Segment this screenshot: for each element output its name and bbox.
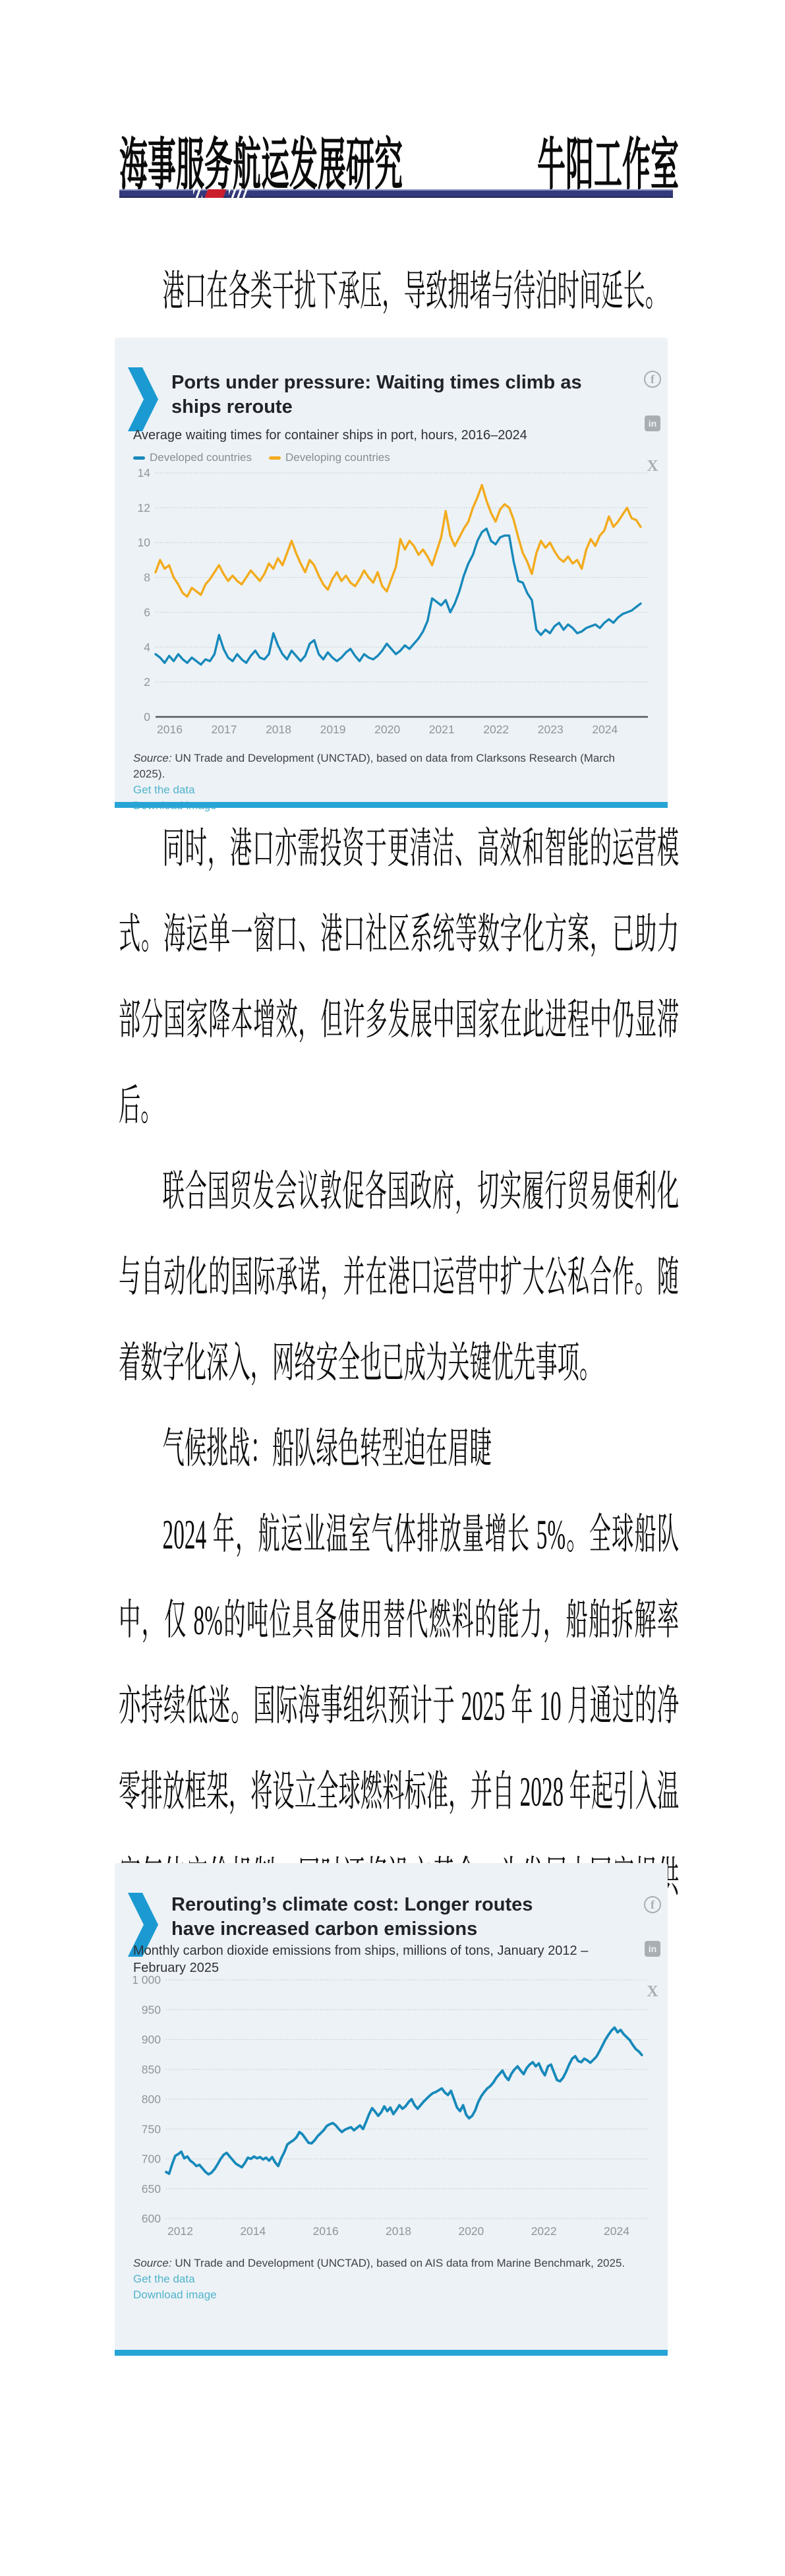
svg-text:2018: 2018: [266, 723, 291, 736]
body-paragraphs-block: 同时，港口亦需投资于更清洁、高效和智能的运营模式。海运单一窗口、港口社区系统等数…: [119, 806, 679, 2006]
get-the-data-link[interactable]: Get the data: [133, 782, 641, 798]
svg-text:2020: 2020: [458, 2224, 484, 2238]
svg-text:600: 600: [142, 2212, 161, 2225]
svg-text:8: 8: [144, 571, 150, 584]
svg-text:800: 800: [142, 2093, 161, 2106]
svg-text:2017: 2017: [212, 723, 237, 736]
source-label: Source:: [133, 2257, 172, 2269]
svg-text:2018: 2018: [386, 2224, 411, 2238]
doc-title-left: 海事服务航运发展研究: [119, 132, 403, 198]
intro-paragraph-block: 港口在各类干扰下承压，导致拥堵与待泊时间延长。: [119, 249, 679, 334]
header-divider: [119, 189, 673, 198]
chart-card-co2-emissions: Rerouting’s climate cost: Longer routes …: [115, 1863, 668, 2356]
get-the-data-link[interactable]: Get the data: [133, 2271, 641, 2287]
chart-title: Rerouting’s climate cost: Longer routes …: [171, 1893, 580, 1942]
source-text: UN Trade and Development (UNCTAD), based…: [133, 752, 615, 780]
chart-source-block: Source: UN Trade and Development (UNCTAD…: [133, 2255, 641, 2303]
svg-text:950: 950: [142, 2003, 161, 2016]
svg-text:2023: 2023: [538, 723, 564, 736]
svg-text:12: 12: [138, 501, 150, 514]
chart-title: Ports under pressure: Waiting times clim…: [171, 371, 633, 419]
paragraph: 港口在各类干扰下承压，导致拥堵与待泊时间延长。: [119, 249, 679, 334]
card-accent-bar: [115, 2350, 668, 2356]
svg-text:6: 6: [144, 605, 150, 619]
legend-swatch-developed: [133, 456, 145, 460]
svg-text:2021: 2021: [429, 723, 455, 736]
svg-text:0: 0: [144, 710, 150, 723]
paragraph: 联合国贸发会议敦促各国政府，切实履行贸易便利化与自动化的国际承诺，并在港口运营中…: [119, 1149, 679, 1406]
chart-subtitle: Average waiting times for container ship…: [133, 427, 568, 444]
svg-text:2024: 2024: [604, 2224, 629, 2238]
divider-stripes-right-icon: [229, 189, 248, 198]
svg-text:2022: 2022: [531, 2224, 557, 2238]
source-line: Source: UN Trade and Development (UNCTAD…: [133, 2255, 641, 2271]
svg-text:900: 900: [142, 2033, 161, 2046]
svg-text:700: 700: [142, 2153, 161, 2166]
svg-text:1 000: 1 000: [133, 1973, 161, 1986]
facebook-share-icon[interactable]: f: [644, 371, 661, 388]
svg-text:2024: 2024: [592, 723, 618, 736]
svg-text:4: 4: [144, 640, 150, 654]
section-subheading: 气候挑战：船队绿色转型迫在眉睫: [119, 1406, 679, 1492]
source-text: UN Trade and Development (UNCTAD), based…: [172, 2257, 625, 2269]
svg-text:10: 10: [138, 536, 151, 549]
svg-text:2012: 2012: [167, 2224, 193, 2238]
svg-text:2: 2: [144, 675, 150, 689]
source-line: Source: UN Trade and Development (UNCTAD…: [133, 751, 641, 782]
doc-title-right: 牛阳工作室: [537, 132, 679, 198]
waiting-times-line-chart: 0246810121420162017201820192020202120222…: [133, 462, 649, 745]
chart-card-waiting-times: Ports under pressure: Waiting times clim…: [115, 338, 668, 808]
paragraph: 同时，港口亦需投资于更清洁、高效和智能的运营模式。海运单一窗口、港口社区系统等数…: [119, 806, 679, 1149]
svg-text:750: 750: [142, 2122, 161, 2135]
chevron-right-icon: [128, 367, 158, 431]
svg-text:2022: 2022: [483, 723, 509, 736]
share-icons: f in X: [644, 371, 661, 474]
svg-text:2016: 2016: [157, 723, 183, 736]
co2-emissions-line-chart: 6006507007508008509009501 00020122014201…: [133, 1972, 649, 2249]
svg-text:2019: 2019: [320, 723, 346, 736]
divider-red-badge-icon: [205, 189, 227, 198]
svg-text:14: 14: [138, 466, 151, 479]
linkedin-share-icon[interactable]: in: [645, 1941, 660, 1957]
svg-text:2016: 2016: [313, 2224, 339, 2238]
page-root: 海事服务航运发展研究 牛阳工作室 港口在各类干扰下承压，导致拥堵与待泊时间延长。…: [0, 0, 785, 2576]
linkedin-share-icon[interactable]: in: [645, 415, 660, 431]
document-header: 海事服务航运发展研究 牛阳工作室: [119, 132, 679, 198]
facebook-share-icon[interactable]: f: [644, 1896, 661, 1913]
svg-text:850: 850: [142, 2063, 161, 2076]
svg-text:2020: 2020: [374, 723, 400, 736]
legend-swatch-developing: [269, 456, 281, 460]
download-image-link[interactable]: Download image: [133, 2287, 641, 2303]
svg-text:2014: 2014: [240, 2224, 266, 2238]
divider-stripes-left-icon: [193, 189, 202, 198]
source-label: Source:: [133, 752, 172, 764]
svg-text:650: 650: [142, 2182, 161, 2195]
